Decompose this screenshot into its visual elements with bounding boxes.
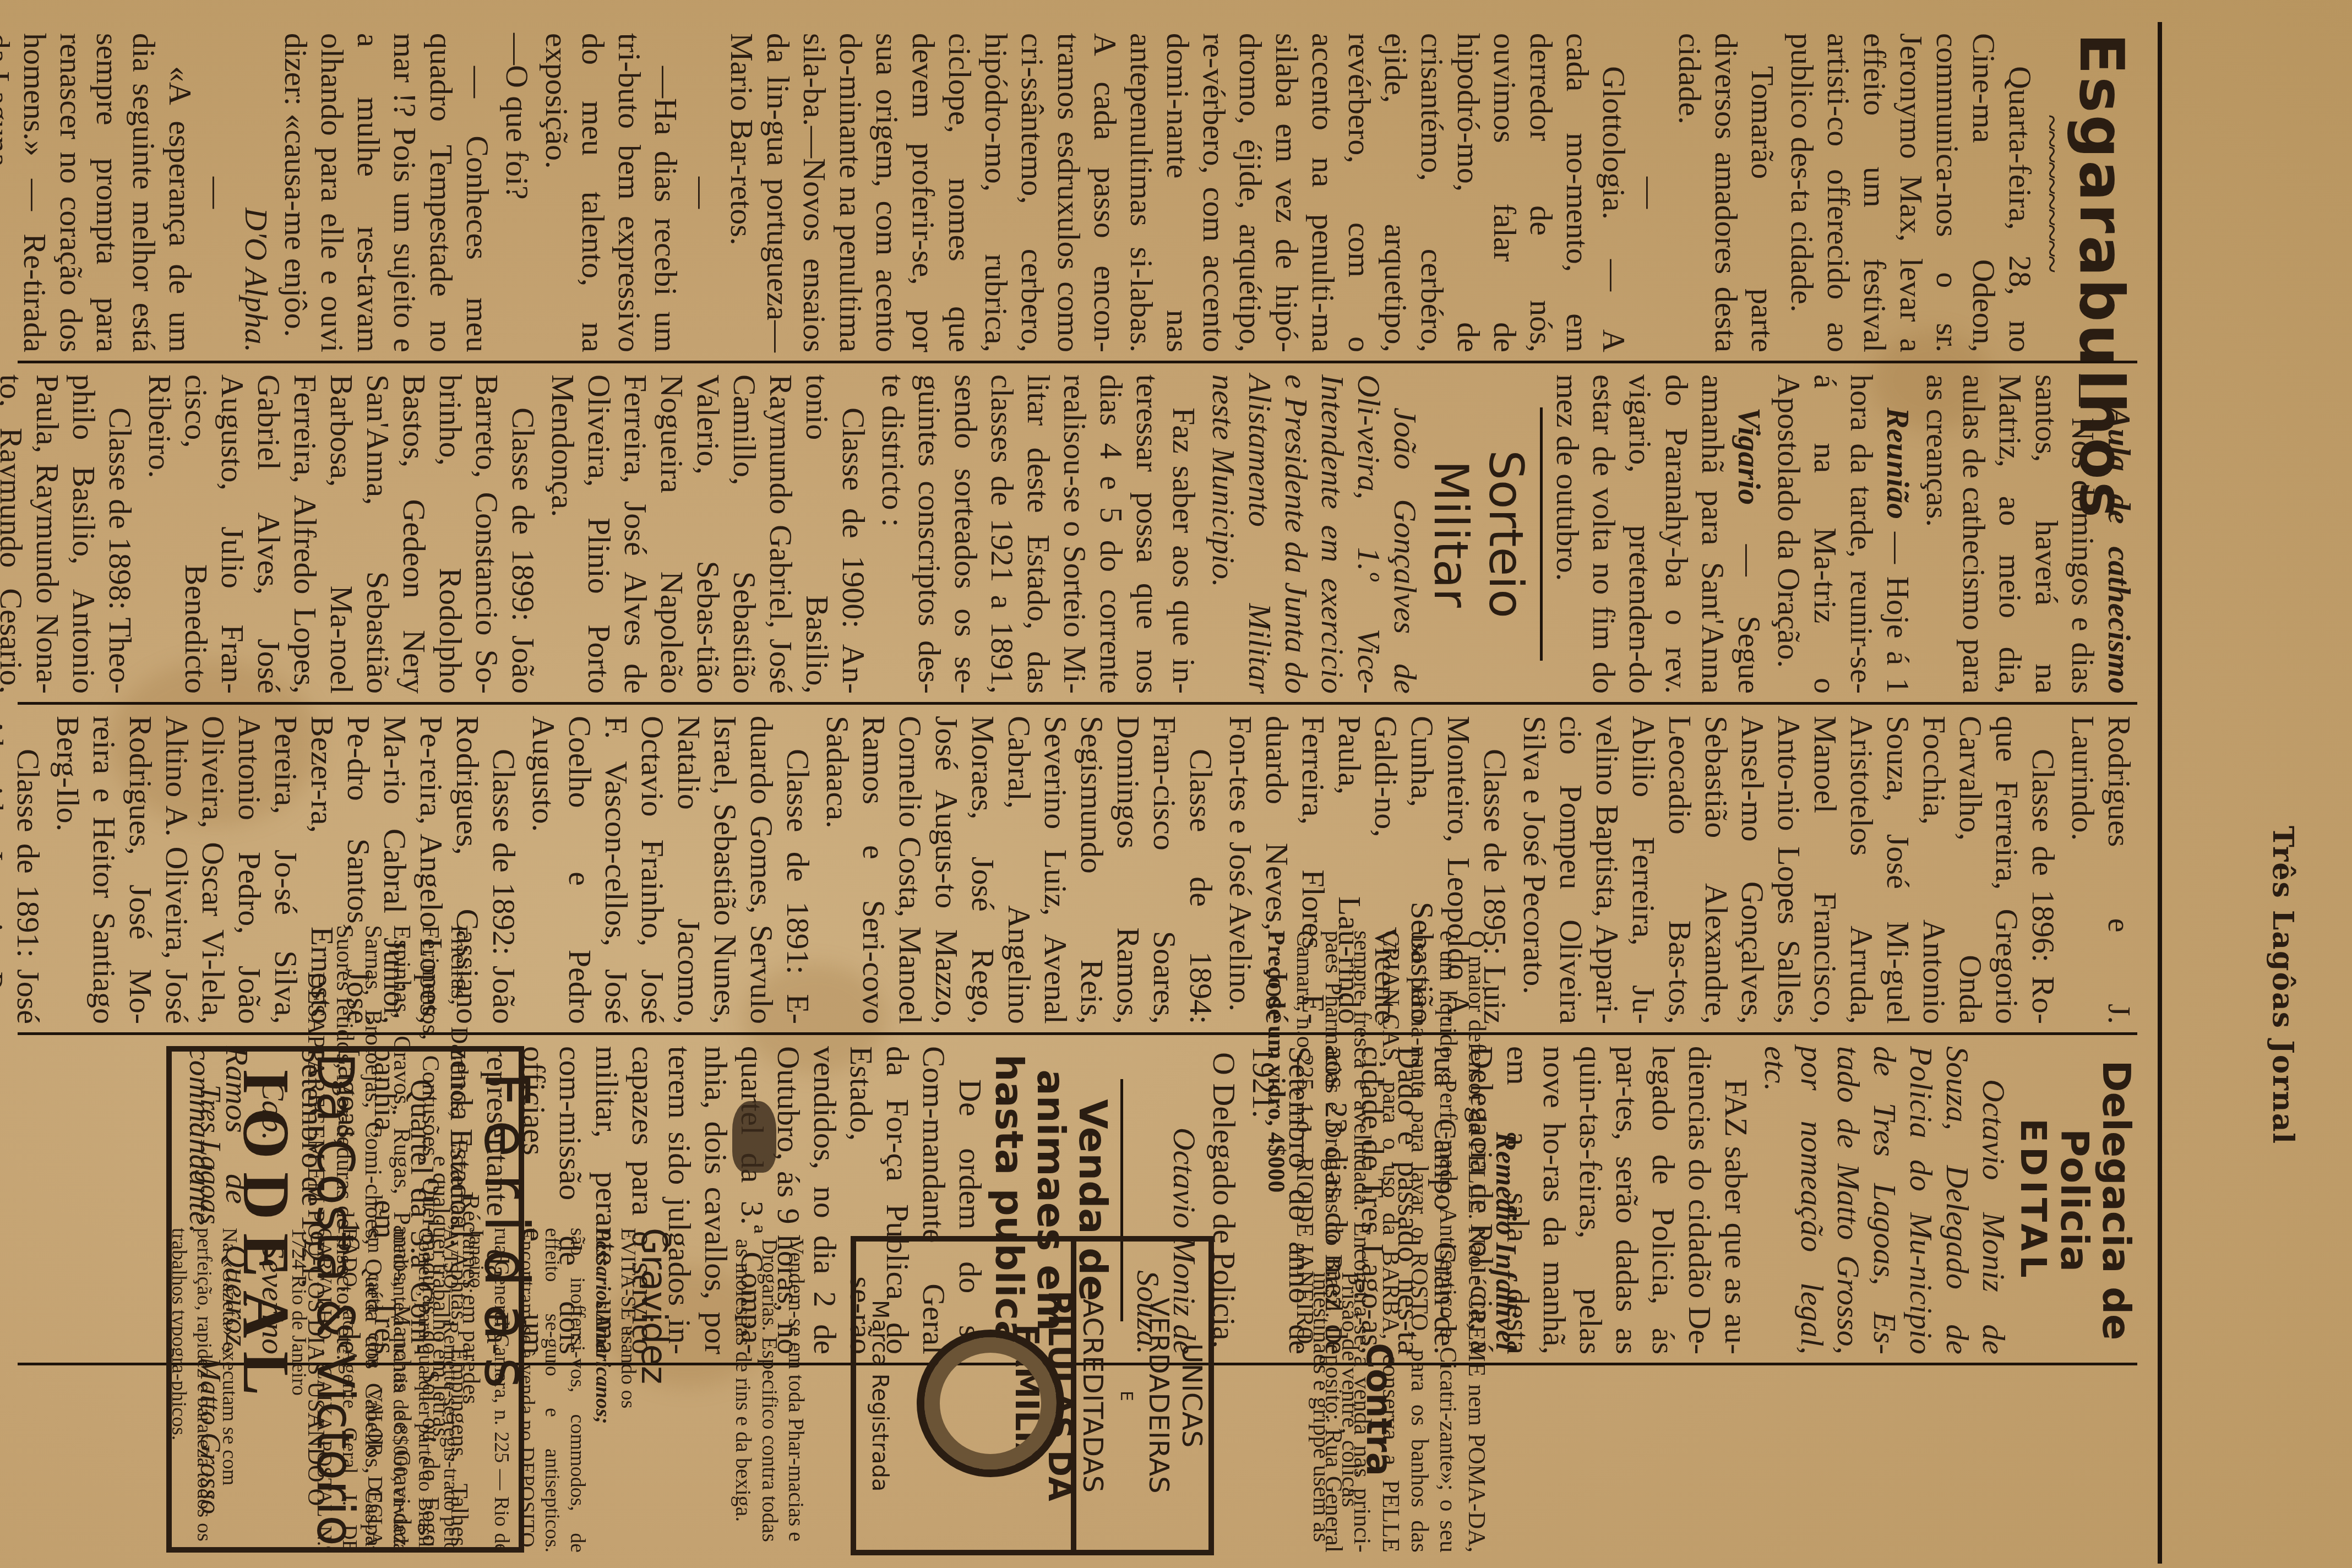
lower-band: Remedio Infallivel O maior defensor da P…	[0, 0, 2352, 1568]
gravidez-text-2: são inoffensi-vos, commodos, de effeito …	[464, 1228, 590, 1553]
pilulas-seal-icon	[917, 1330, 1064, 1477]
ad-pilulas: UNICAS VERDADEIRAS E ACREDITADAS PILULAS…	[851, 1236, 1214, 1555]
pilulas-line-1: UNICAS VERDADEIRAS	[1142, 1242, 1208, 1550]
pilulas-text-panel: UNICAS VERDADEIRAS E ACREDITADAS PILULAS…	[1071, 1242, 1208, 1550]
gravidez-lead: Pessarios Americanos;	[590, 1228, 616, 1553]
ad-gravidez: Gravidez EVITA-SE usando os Pessarios Am…	[457, 1228, 666, 1553]
portrait-icon	[732, 1101, 776, 1173]
pilulas-line-3: ACREDITADAS	[1076, 1242, 1109, 1550]
contra-heading: Contra	[1364, 1272, 1393, 1547]
contra-text: Prisão de ventre, colicas intestinaes e …	[1307, 1272, 1364, 1547]
pilulas-sales-text: Vendem-se em toda Phar-macias e Drogaria…	[672, 1239, 809, 1547]
pilulas-line-2: E	[1109, 1242, 1142, 1550]
gravidez-heading: Gravidez	[641, 1228, 666, 1553]
pilulas-trademark: Marca Registrada	[867, 1242, 892, 1550]
ad-gazeta: Na «Gazeta» executam se com perfeição, r…	[154, 1228, 242, 1553]
remedio-heading: Remedio Infallivel	[1491, 930, 1520, 1553]
ad-contra: Contra Prisão de ventre, colicas intesti…	[1283, 1272, 1393, 1547]
gravidez-aviso: AVISO — Remette-se regis-trado pelo Corr…	[286, 1228, 464, 1553]
gravidez-text-1: EVITA-SE usando os	[616, 1228, 641, 1553]
